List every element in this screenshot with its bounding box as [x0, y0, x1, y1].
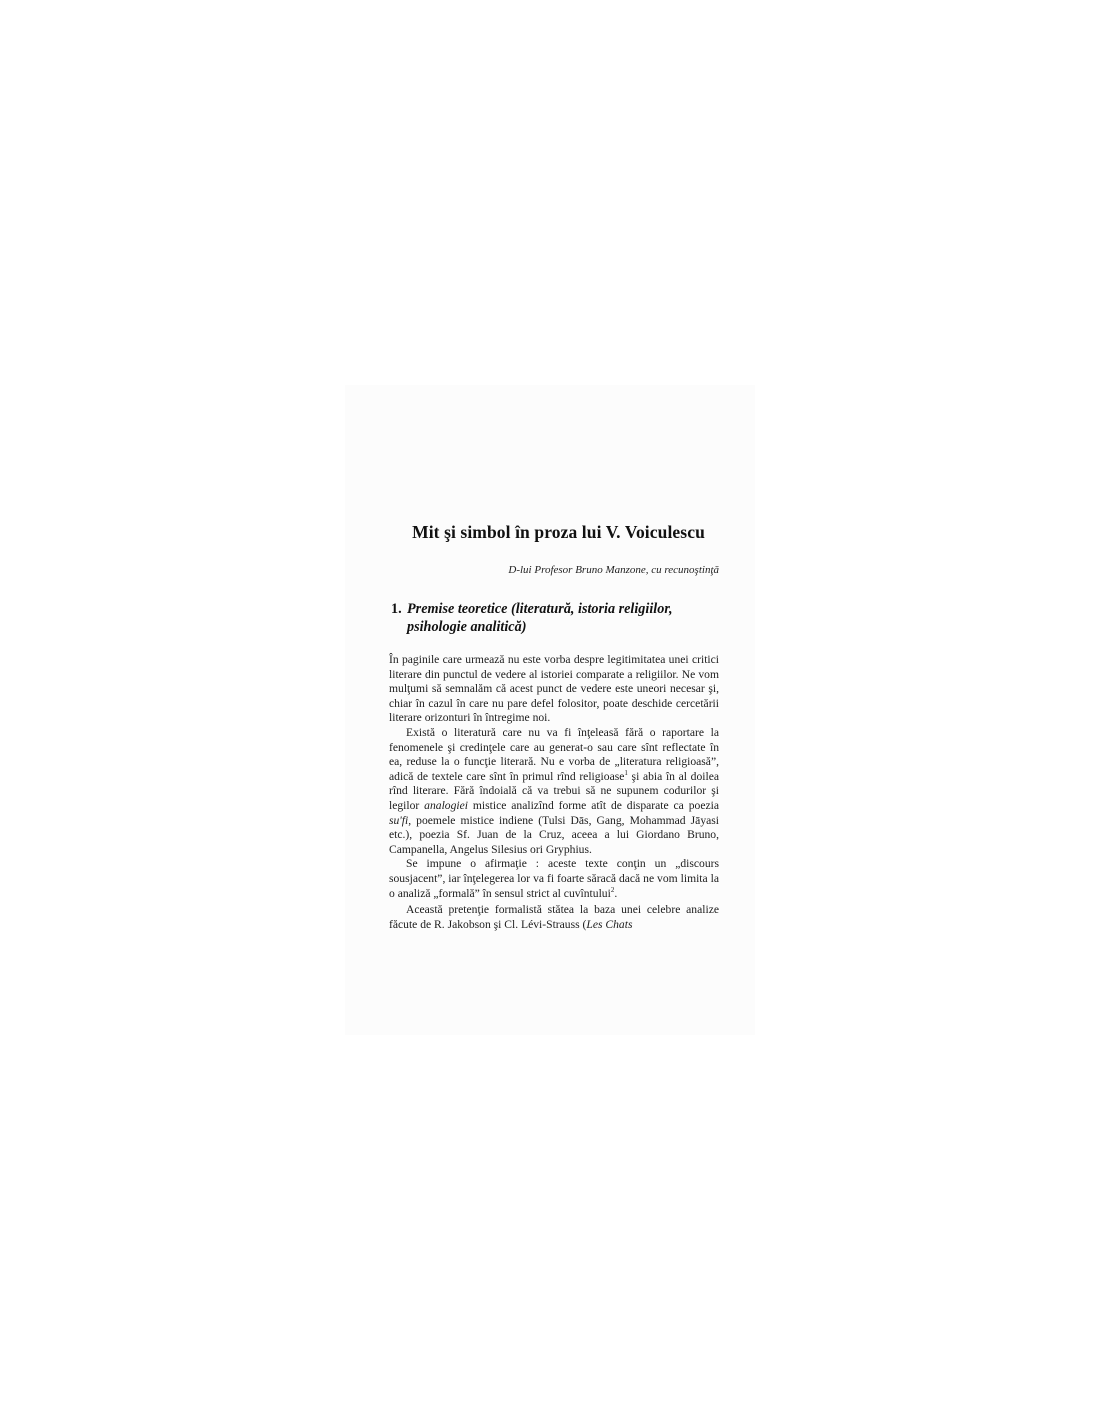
section-number: 1. — [391, 600, 407, 618]
page-title: Mit şi simbol în proza lui V. Voiculescu — [386, 522, 731, 543]
italic-les-chats: Les Chats — [586, 918, 632, 931]
paragraph-3-text-a: Se impune o afirmaţie : aceste texte con… — [389, 857, 719, 899]
paragraph-2-text-d: , poemele mistice indiene (Tulsi Dās, Ga… — [389, 814, 719, 856]
section-heading-line-2: psihologie analitică) — [391, 618, 731, 636]
section-heading: 1.Premise teoretice (literatură, istoria… — [391, 600, 731, 636]
italic-sufi: su'fi — [389, 814, 408, 827]
paragraph-4: Această pretenţie formalistă stătea la b… — [389, 903, 719, 932]
paragraph-3: Se impune o afirmaţie : aceste texte con… — [389, 857, 719, 901]
section-heading-line-1: Premise teoretice (literatură, istoria r… — [407, 601, 673, 617]
paragraph-1: În paginile care urmează nu este vorba d… — [389, 653, 719, 726]
paragraph-4-text-a: Această pretenţie formalistă stătea la b… — [389, 903, 719, 931]
dedication: D-lui Profesor Bruno Manzone, cu recunoş… — [386, 564, 719, 576]
body-text: În paginile care urmează nu este vorba d… — [389, 653, 719, 932]
paragraph-2: Există o literatură care nu va fi înţele… — [389, 726, 719, 857]
paragraph-2-text-c: mistice analizînd forme atît de disparat… — [468, 799, 719, 812]
italic-analogiei: analogiei — [424, 799, 468, 812]
paragraph-3-text-b: . — [614, 887, 617, 900]
